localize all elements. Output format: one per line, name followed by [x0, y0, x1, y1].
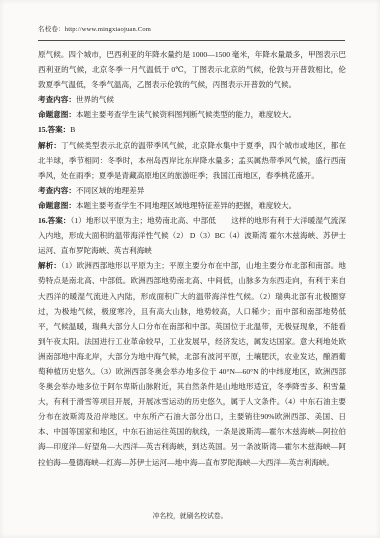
paragraph-label: 考查内容： — [38, 186, 76, 195]
paragraph-text: 原气候。四个城市，巴西利亚的年降水量约是 1000—1500 毫米，年降水量最多… — [38, 50, 346, 89]
paragraph-text: 本题主要考查学生不同地理区域地理特征差异的把握，难度较大。 — [76, 201, 296, 210]
paragraph-continuation: 原气候。四个城市，巴西利亚的年降水量约是 1000—1500 毫米，年降水量最多… — [38, 47, 346, 92]
paragraph-label: 解析： — [38, 141, 61, 150]
paragraph-question-intent-2: 命题意图：本题主要考查学生不同地理区域地理特征差异的把握，难度较大。 — [38, 198, 346, 213]
paragraph-answer-15: 15.答案：B — [38, 122, 346, 137]
paragraph-text: （1）欧洲西部地形以平原为主；平原主要分布在中部，山地主要分布北部和南部。地势特… — [38, 261, 346, 466]
paragraph-text: （1）地形以平原为主；地势南北高、中部低 这样的地形有利于大洋暖湿气流深入内地，… — [38, 216, 346, 255]
paragraph-analysis-16: 解析：（1）欧洲西部地形以平原为主；平原主要分布在中部，山地主要分布北部和南部。… — [38, 258, 346, 469]
paragraph-question-intent: 命题意图：本题主要考查学生读气候资料图判断气候类型的能力，难度较大。 — [38, 107, 346, 122]
paragraph-answer-16: 16.答案：（1）地形以平原为主；地势南北高、中部低 这样的地形有利于大洋暖湿气… — [38, 213, 346, 258]
footer-slogan: 冲名校，就刷名校试卷。 — [153, 513, 228, 520]
paragraph-label: 命题意图： — [38, 201, 76, 210]
paragraph-analysis-15: 解析：丁气候类型表示北京的温带季风气候，北京降水集中于夏季，四个城市或地区，都在… — [38, 138, 346, 183]
paragraph-text: B — [70, 125, 75, 134]
paragraph-text: 丁气候类型表示北京的温带季风气候，北京降水集中于夏季，四个城市或地区，都在北半球… — [38, 141, 346, 180]
document-body: 原气候。四个城市，巴西利亚的年降水量约是 1000—1500 毫米，年降水量最多… — [38, 47, 346, 470]
paragraph-exam-content: 考查内容：世界的气候 — [38, 92, 346, 107]
page-footer: 冲名校，就刷名校试卷。 — [0, 510, 380, 520]
paragraph-label: 命题意图： — [38, 110, 76, 119]
paragraph-exam-content-2: 考查内容：不同区域的地理差异 — [38, 183, 346, 198]
page-header: 名校卷：http://www.mingxiaojuan.Com — [38, 24, 345, 33]
paragraph-text: 世界的气候 — [76, 95, 114, 104]
exam-answer-page: 名校卷：http://www.mingxiaojuan.Com 原气候。四个城市… — [0, 0, 380, 538]
header-divider — [38, 40, 345, 41]
site-url-label: 名校卷：http://www.mingxiaojuan.Com — [38, 26, 151, 33]
paragraph-text: 本题主要考查学生读气候资料图判断气候类型的能力，难度较大。 — [76, 110, 296, 119]
paragraph-label: 考查内容： — [38, 95, 76, 104]
paragraph-text: 不同区域的地理差异 — [76, 186, 144, 195]
paragraph-label: 15.答案： — [38, 125, 70, 134]
paragraph-label: 16.答案： — [38, 216, 71, 225]
paragraph-label: 解析： — [38, 261, 61, 270]
